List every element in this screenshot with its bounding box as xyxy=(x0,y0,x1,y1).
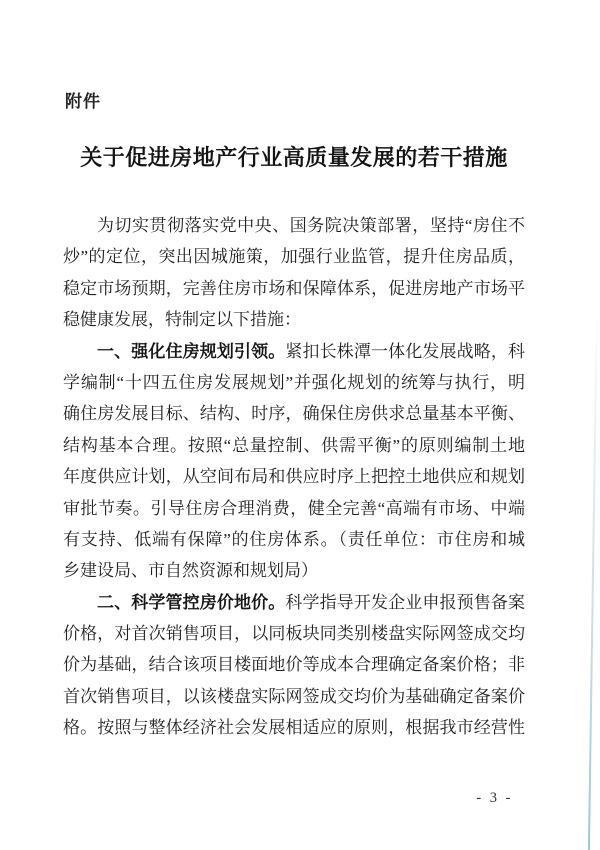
text-segment: 确住房发展目标、结构、时序，确保住房供求总量基本平衡、 xyxy=(63,404,525,423)
text-segment: 炒”的定位，突出因城施策，加强行业监管，提升住房品质， xyxy=(63,247,525,266)
attachment-label: 附件 xyxy=(65,87,101,112)
text-line: 首次销售项目，以该楼盘实际网签成交均价为基础确定备案价 xyxy=(63,681,525,712)
text-segment: 稳健康发展，特制定以下措施： xyxy=(63,310,301,329)
text-segment: 首次销售项目，以该楼盘实际网签成交均价为基础确定备案价 xyxy=(63,687,525,706)
text-line: 二、科学管控房价地价。科学指导开发企业申报预售备案 xyxy=(63,587,525,618)
page-number: - 3 - xyxy=(63,790,513,807)
text-segment: 价格，对首次销售项目，以同板块同类别楼盘实际网签成交均 xyxy=(63,624,525,643)
text-segment: 学编制“十四五住房发展规划”并强化规划的统筹与执行，明 xyxy=(63,373,525,392)
text-line: 确住房发展目标、结构、时序，确保住房供求总量基本平衡、 xyxy=(63,398,525,429)
text-line: 一、强化住房规划引领。紧扣长株潭一体化发展战略，科 xyxy=(63,336,525,367)
document-title: 关于促进房地产行业高质量发展的若干措施 xyxy=(63,143,525,173)
scan-artifact-line xyxy=(588,303,598,850)
text-line: 学编制“十四五住房发展规划”并强化规划的统筹与执行，明 xyxy=(63,367,525,398)
text-line: 价为基础，结合该项目楼面地价等成本合理确定备案价格；非 xyxy=(63,649,525,680)
text-segment: 乡建设局、市自然资源和规划局） xyxy=(63,561,318,580)
text-segment: 价为基础，结合该项目楼面地价等成本合理确定备案价格；非 xyxy=(63,655,525,674)
text-line: 格。按照与整体经济社会发展相适应的原则，根据我市经营性 xyxy=(63,712,525,743)
text-segment: 为切实贯彻落实党中央、国务院决策部署，坚持“房住不 xyxy=(97,216,525,235)
text-segment: 稳定市场预期，完善住房市场和保障体系，促进房地产市场平 xyxy=(63,279,525,298)
text-segment: 结构基本合理。按照“总量控制、供需平衡”的原则编制土地 xyxy=(63,436,525,455)
section-heading: 二、科学管控房价地价。 xyxy=(97,593,285,612)
text-line: 乡建设局、市自然资源和规划局） xyxy=(63,555,525,586)
text-segment: 格。按照与整体经济社会发展相适应的原则，根据我市经营性 xyxy=(63,718,525,737)
section-heading: 一、强化住房规划引领。 xyxy=(97,342,285,361)
text-line: 为切实贯彻落实党中央、国务院决策部署，坚持“房住不 xyxy=(63,210,525,241)
text-line: 稳健康发展，特制定以下措施： xyxy=(63,304,525,335)
text-line: 年度供应计划，从空间布局和供应时序上把控土地供应和规划 xyxy=(63,461,525,492)
text-segment: 紧扣长株潭一体化发展战略，科 xyxy=(285,342,525,361)
document-body: 为切实贯彻落实党中央、国务院决策部署，坚持“房住不炒”的定位，突出因城施策，加强… xyxy=(63,210,525,744)
text-segment: 有支持、低端有保障”的住房体系。（责任单位：市住房和城 xyxy=(63,530,525,549)
text-segment: 科学指导开发企业申报预售备案 xyxy=(285,593,525,612)
text-line: 结构基本合理。按照“总量控制、供需平衡”的原则编制土地 xyxy=(63,430,525,461)
text-line: 审批节奏。引导住房合理消费，健全完善“高端有市场、中端 xyxy=(63,493,525,524)
document-page: 附件 关于促进房地产行业高质量发展的若干措施 为切实贯彻落实党中央、国务院决策部… xyxy=(0,0,600,850)
text-line: 价格，对首次销售项目，以同板块同类别楼盘实际网签成交均 xyxy=(63,618,525,649)
text-line: 稳定市场预期，完善住房市场和保障体系，促进房地产市场平 xyxy=(63,273,525,304)
text-segment: 年度供应计划，从空间布局和供应时序上把控土地供应和规划 xyxy=(63,467,525,486)
text-segment: 审批节奏。引导住房合理消费，健全完善“高端有市场、中端 xyxy=(63,499,525,518)
text-line: 有支持、低端有保障”的住房体系。（责任单位：市住房和城 xyxy=(63,524,525,555)
text-line: 炒”的定位，突出因城施策，加强行业监管，提升住房品质， xyxy=(63,241,525,272)
